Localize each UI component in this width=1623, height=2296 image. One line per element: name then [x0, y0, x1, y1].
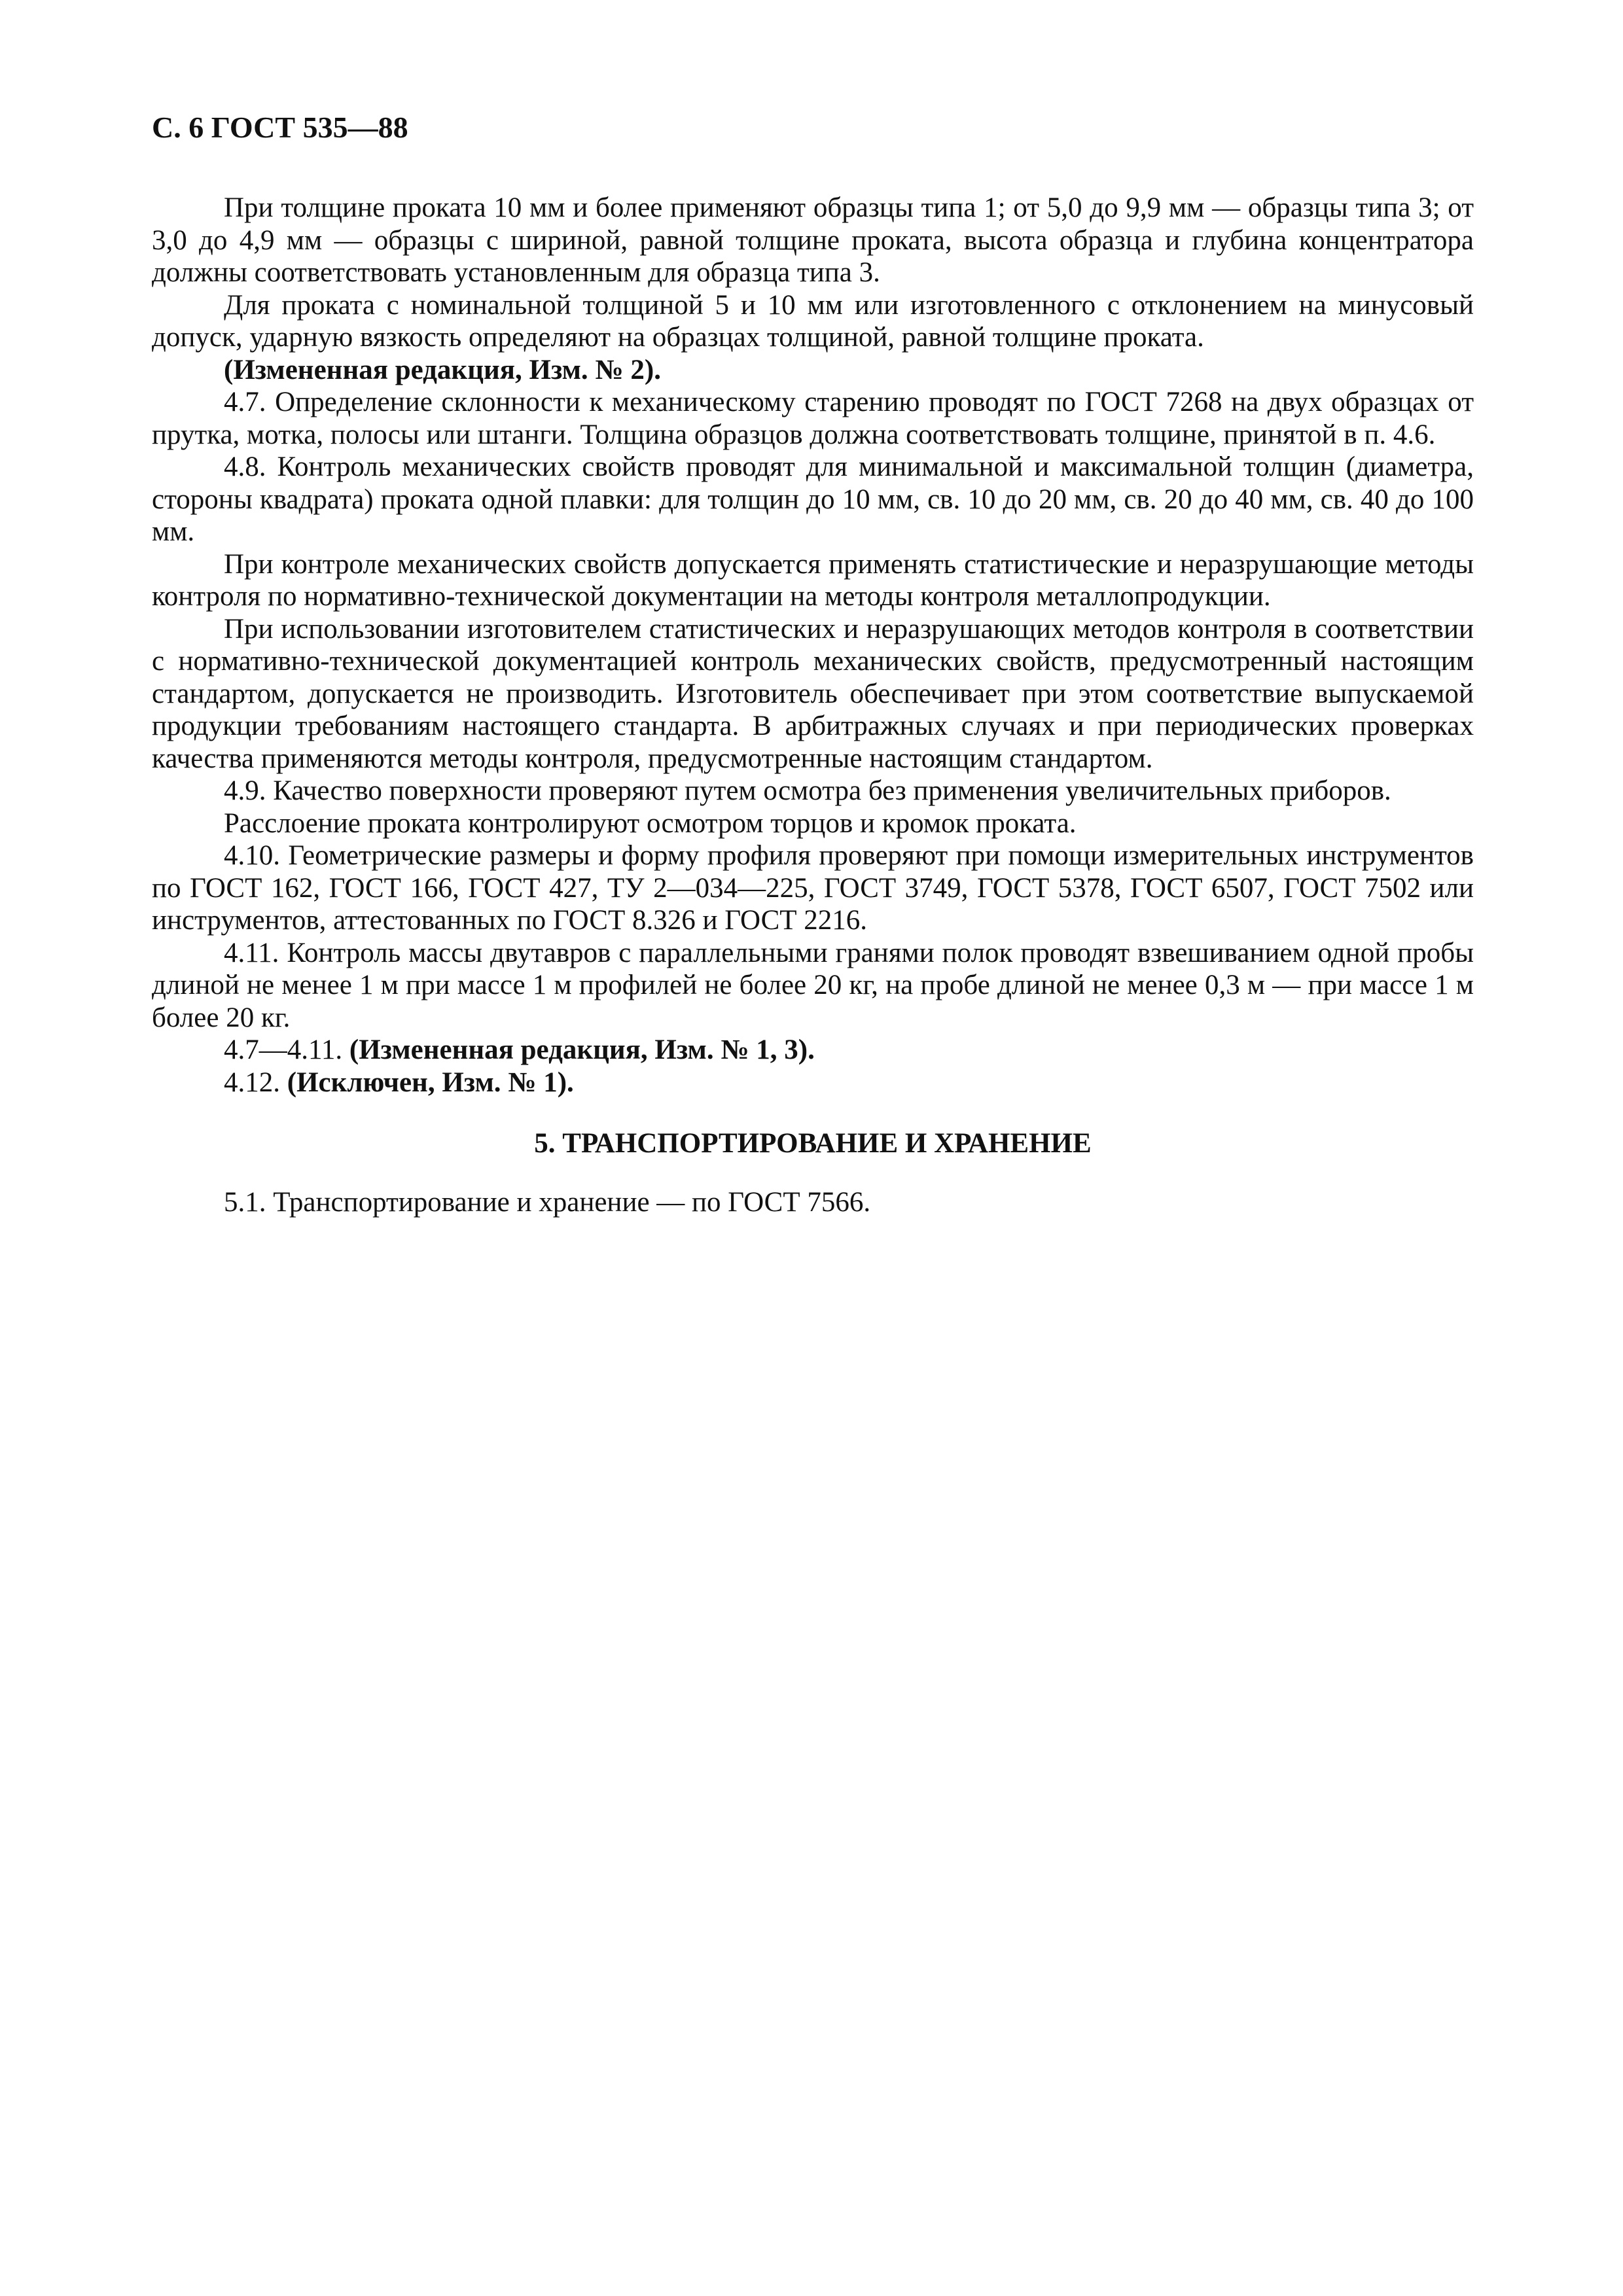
- paragraph-statistical-methods: При контроле механических свойств допуск…: [152, 548, 1474, 613]
- section-5-title: 5. ТРАНСПОРТИРОВАНИЕ И ХРАНЕНИЕ: [152, 1127, 1474, 1160]
- paragraph-nominal-thickness: Для проката с номинальной толщиной 5 и 1…: [152, 289, 1474, 354]
- clause-range: 4.7—4.11.: [224, 1034, 349, 1065]
- paragraph-manufacturer-methods: При использовании изготовителем статисти…: [152, 613, 1474, 775]
- document-page: С. 6 ГОСТ 535—88 При толщине проката 10 …: [152, 108, 1474, 1219]
- excluded-note: (Исключен, Изм. № 1).: [287, 1067, 574, 1098]
- paragraph-4-12: 4.12. (Исключен, Изм. № 1).: [152, 1067, 1474, 1099]
- paragraph-amendment-2: (Измененная редакция, Изм. № 2).: [152, 354, 1474, 387]
- paragraph-5-1: 5.1. Транспортирование и хранение — по Г…: [152, 1186, 1474, 1219]
- page-header: С. 6 ГОСТ 535—88: [152, 108, 1474, 147]
- paragraph-4-11: 4.11. Контроль массы двутавров с паралле…: [152, 937, 1474, 1034]
- paragraph-4-8: 4.8. Контроль механических свойств прово…: [152, 451, 1474, 548]
- paragraph-4-9: 4.9. Качество поверхности проверяют путе…: [152, 775, 1474, 807]
- amendment-note: (Измененная редакция, Изм. № 1, 3).: [349, 1034, 815, 1065]
- paragraph-delamination: Расслоение проката контролируют осмотром…: [152, 807, 1474, 840]
- paragraph-4-7: 4.7. Определение склонности к механическ…: [152, 386, 1474, 451]
- clause-number: 4.12.: [224, 1067, 287, 1098]
- paragraph-specimen-types: При толщине проката 10 мм и более примен…: [152, 192, 1474, 289]
- amendment-note: (Измененная редакция, Изм. № 2).: [224, 355, 661, 385]
- paragraph-4-7-4-11-amendment: 4.7—4.11. (Измененная редакция, Изм. № 1…: [152, 1034, 1474, 1067]
- paragraph-4-10: 4.10. Геометрические размеры и форму про…: [152, 839, 1474, 937]
